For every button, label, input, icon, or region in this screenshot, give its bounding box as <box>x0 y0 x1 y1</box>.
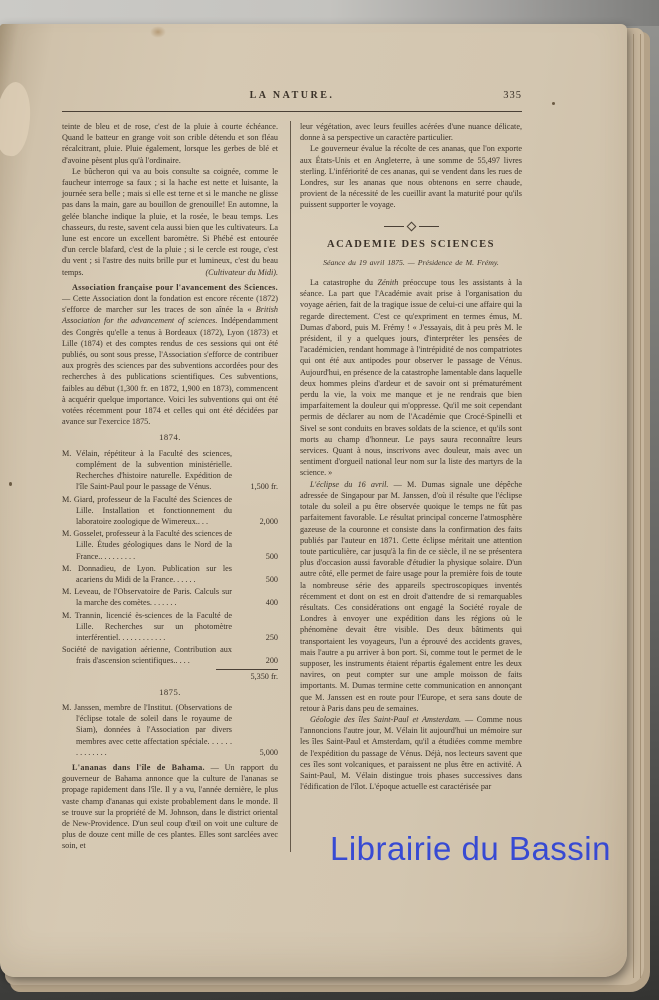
section-text: — Cette Association dont la fondation es… <box>62 294 278 314</box>
grant-amount: 2,000 <box>232 516 278 527</box>
ornament-line <box>384 226 404 227</box>
paragraph-governor-estimate: Le gouverneur évalue la récolte de ces a… <box>300 143 522 210</box>
grant-amount: 200 <box>232 655 278 666</box>
photo-background-top <box>0 0 659 26</box>
grant-description: M. Giard, professeur de la Faculté des S… <box>62 494 232 528</box>
grant-description: M. Donnadieu, de Lyon. Publication sur l… <box>62 563 232 585</box>
page-number: 335 <box>503 90 522 101</box>
paragraph-geology: Géologie des îles Saint-Paul et Amsterda… <box>300 714 522 792</box>
ornament-line <box>419 226 439 227</box>
paragraph-weather-signs: teinte de bleu et de rose, c'est de la p… <box>62 121 278 166</box>
right-column: leur végétation, avec leurs feuilles acé… <box>290 121 522 852</box>
grant-row: M. Janssen, membre de l'Institut. (Obser… <box>62 702 278 758</box>
grant-row: M. Donnadieu, de Lyon. Publication sur l… <box>62 563 278 585</box>
paragraph-text: Le bûcheron qui va au bois consulte sa c… <box>62 167 278 277</box>
paper-speck <box>552 102 555 105</box>
diamond-icon <box>406 221 416 231</box>
paragraph-pineapple-continued: leur végétation, avec leurs feuilles acé… <box>300 121 522 143</box>
paragraph-text: préoccupe tous les assistants à la séanc… <box>300 278 522 477</box>
paragraph-lead-italic: L'éclipse du 16 avril. <box>310 480 388 489</box>
grant-row: Société de navigation aérienne, Contribu… <box>62 644 278 666</box>
grant-row: M. Vélain, répétiteur à la Faculté des s… <box>62 448 278 493</box>
paragraph-text-italic: Zénith <box>377 278 398 287</box>
paragraph-lead-italic: Géologie des îles Saint-Paul et Amsterda… <box>310 715 461 724</box>
paragraph-eclipse: L'éclipse du 16 avril. — M. Dumas signal… <box>300 479 522 714</box>
paragraph-text: — Comme nous l'annoncions l'autre jour, … <box>300 715 522 791</box>
grant-description: Société de navigation aérienne, Contribu… <box>62 644 232 666</box>
grants-1874-total: 5,350 fr. <box>62 669 278 682</box>
grant-description: M. Janssen, membre de l'Institut. (Obser… <box>62 702 232 758</box>
grant-description: M. Leveau, de l'Observatoire de Paris. C… <box>62 586 232 608</box>
grant-description: M. Gosselet, professeur à la Faculté des… <box>62 528 232 562</box>
grant-row: M. Trannin, licencié ès-sciences de la F… <box>62 610 278 644</box>
grant-description: M. Vélain, répétiteur à la Faculté des s… <box>62 448 232 493</box>
grant-amount: 500 <box>232 551 278 562</box>
section-title: L'ananas dans l'île de Bahama. <box>72 763 205 772</box>
grant-amount: 400 <box>232 597 278 608</box>
grant-description: M. Trannin, licencié ès-sciences de la F… <box>62 610 232 644</box>
printed-area: LA NATURE. 335 teinte de bleu et de rose… <box>62 90 522 852</box>
watermark: Librairie du Bassin <box>330 830 611 868</box>
year-1875-heading: 1875. <box>62 687 278 698</box>
section-title: Association française pour l'avancement … <box>72 283 278 292</box>
grant-amount: 5,000 <box>232 747 278 758</box>
paragraph-woodcutter: Le bûcheron qui va au bois consulte sa c… <box>62 166 278 278</box>
header-rule <box>62 111 522 112</box>
grant-row: M. Gosselet, professeur à la Faculté des… <box>62 528 278 562</box>
page-edge-line <box>633 34 634 978</box>
section-text: — Un rapport du gouverneur de Bahama ann… <box>62 763 278 850</box>
paper-stain <box>150 26 166 38</box>
academy-title: ACADEMIE DES SCIENCES <box>300 239 522 250</box>
paragraph-zenith-catastrophe: La catastrophe du Zénith préoccupe tous … <box>300 277 522 479</box>
section-text: Indépendamment des Congrès qu'elle a ten… <box>62 316 278 426</box>
ornament-divider <box>300 223 522 230</box>
total-amount: 5,350 fr. <box>216 669 278 682</box>
grant-amount: 500 <box>232 574 278 585</box>
text-columns: teinte de bleu et de rose, c'est de la p… <box>62 121 522 852</box>
academy-session-line: Séance du 19 avril 1875. — Présidence de… <box>300 257 522 268</box>
paper-speck <box>9 482 12 486</box>
journal-title: LA NATURE. <box>250 90 335 101</box>
paragraph-text: — M. Dumas signale une dépêche adressée … <box>300 480 522 713</box>
grant-amount: 1,500 fr. <box>232 481 278 492</box>
grant-amount: 250 <box>232 632 278 643</box>
grant-row: M. Giard, professeur de la Faculté des S… <box>62 494 278 528</box>
paragraph-text: La catastrophe du <box>310 278 377 287</box>
section-ananas: L'ananas dans l'île de Bahama. — Un rapp… <box>62 762 278 852</box>
attribution: (Cultivateur du Midi). <box>195 267 278 278</box>
page-corner-flap <box>0 80 35 158</box>
page-edge-line <box>640 34 641 978</box>
left-column: teinte de bleu et de rose, c'est de la p… <box>62 121 290 852</box>
book-photo: LA NATURE. 335 teinte de bleu et de rose… <box>0 0 659 1000</box>
page-header: LA NATURE. 335 <box>62 90 522 103</box>
year-1874-heading: 1874. <box>62 432 278 443</box>
section-association: Association française pour l'avancement … <box>62 282 278 428</box>
grant-row: M. Leveau, de l'Observatoire de Paris. C… <box>62 586 278 608</box>
